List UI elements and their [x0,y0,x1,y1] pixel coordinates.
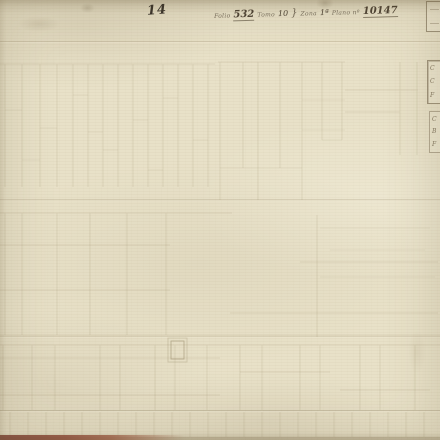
margin-legend-box: C B F [429,111,440,153]
faded-grid-overlay [0,0,440,440]
zona-label: Zona [300,10,317,17]
legend-letter: F [430,92,440,99]
page-number: 14 [147,2,168,18]
scanned-document-page: 14 Folio 532 Tomo 10 } Zona 1ª Plano nº … [0,0,440,440]
folio-label: Folio [214,12,231,19]
red-edge-strip [0,435,185,440]
legend-letter: C [432,116,440,123]
fold-crease [0,336,440,337]
margin-legend-box: C C F [427,60,440,104]
fold-crease [0,41,440,42]
tomo-label: Tomo [257,11,275,18]
legend-letter: F [432,141,440,148]
zona-value: 1ª [320,8,329,17]
tomo-value: 10 [278,9,288,18]
margin-legend-box [426,1,440,32]
legend-letter: C [430,78,440,85]
legend-rule [430,9,439,10]
legend-letter: B [432,128,440,135]
legend-rule [430,23,439,24]
plano-label: Plano nº [332,9,360,17]
plano-value: 10147 [363,5,398,18]
legend-letter: C [430,65,440,72]
brace-mark: } [291,8,298,19]
fold-crease [0,410,440,411]
folio-value: 532 [233,9,254,22]
fold-crease [0,199,440,200]
